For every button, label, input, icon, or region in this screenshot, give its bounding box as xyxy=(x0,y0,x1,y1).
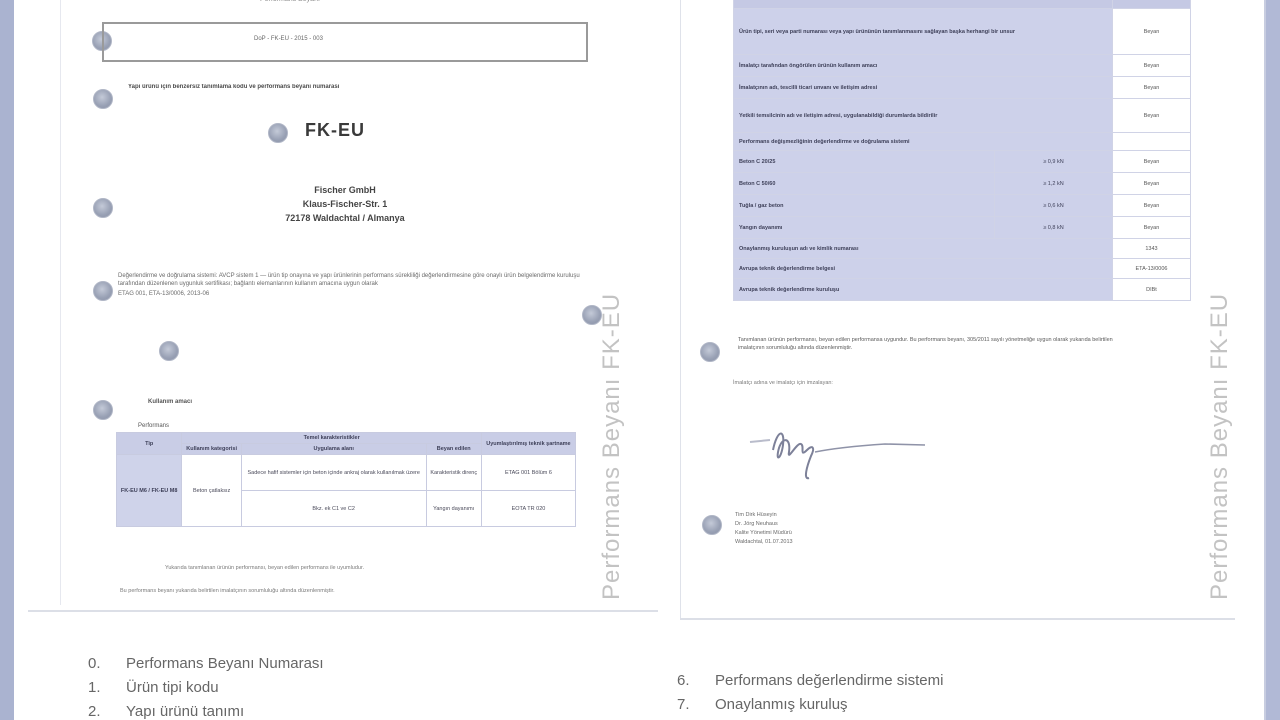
intended-use-line: Yapı ürünü için benzersiz tanımlama kodu… xyxy=(128,84,583,90)
page-fold-line xyxy=(28,610,658,612)
callout-marker-1 xyxy=(93,89,113,109)
table-row: Performans değişmezliğinin değerlendirme… xyxy=(734,133,1191,151)
req-text: Tuğla / gaz beton xyxy=(734,195,995,217)
req-value: ETA-13/0006 xyxy=(1113,259,1191,279)
legend-number: 6. xyxy=(677,669,715,693)
left-edge-strip xyxy=(0,0,14,720)
requirements-header-row xyxy=(734,0,1191,9)
usage-label: Kullanım amacı xyxy=(148,399,192,405)
legend-label: Onaylanmış kuruluş xyxy=(715,693,848,717)
req-value: Beyan xyxy=(1113,195,1191,217)
cell-spec-1: ETAG 001 Bölüm 6 xyxy=(481,455,575,491)
legend-item: 7.Onaylanmış kuruluş xyxy=(677,693,943,717)
note-performance: Yukarıda tanımlanan ürünün performansı, … xyxy=(165,565,575,571)
table-row: Ürün tipi, seri veya parti numarası veya… xyxy=(734,9,1191,55)
col-spec: Uyumlaştırılmış teknik şartname xyxy=(481,433,575,455)
req-text: İmalatçı tarafından öngörülen ürünün kul… xyxy=(734,55,1113,77)
req-text: Beton C 50/60 xyxy=(734,173,995,195)
performance-table: Tip Temel karakteristikler Uyumlaştırılm… xyxy=(116,432,576,527)
legend-label: Performans Beyanı Numarası xyxy=(126,652,324,676)
table-row: Onaylanmış kuruluşun adı ve kimlik numar… xyxy=(734,239,1191,259)
legend-item: 6.Performans değerlendirme sistemi xyxy=(677,669,943,693)
callout-marker-7 xyxy=(93,400,113,420)
req-text: Avrupa teknik değerlendirme kuruluşu xyxy=(734,279,1113,301)
table-row: Yetkili temsilcinin adı ve iletişim adre… xyxy=(734,99,1191,133)
req-value: Beyan xyxy=(1113,173,1191,195)
declaration-text: Tanımlanan ürünün performansı, beyan edi… xyxy=(738,336,1118,352)
req-value: Beyan xyxy=(1113,9,1191,55)
signer-block: Tim Dirk Hüseyin Dr. Jörg Neuhaus Kalite… xyxy=(735,511,793,547)
req-value: Beyan xyxy=(1113,77,1191,99)
cell-spec-2: EOTA TR 020 xyxy=(481,491,575,527)
callout-marker-9 xyxy=(702,515,722,535)
legend-number: 0. xyxy=(88,652,126,676)
signature-image xyxy=(745,420,945,490)
req-value: Beyan xyxy=(1113,151,1191,173)
page-fold-line-right xyxy=(680,618,1235,620)
legend-number: 1. xyxy=(88,676,126,700)
col-declared: Beyan edilen xyxy=(426,444,481,455)
dop-number-box: DoP - FK-EU - 2015 - 003 xyxy=(102,22,588,62)
legend-item: 1.Ürün tipi kodu xyxy=(88,676,324,700)
table-row: Avrupa teknik değerlendirme kuruluşuDIBt xyxy=(734,279,1191,301)
req-value xyxy=(1113,133,1191,151)
legend-label: Ürün tipi kodu xyxy=(126,676,219,700)
req-text: Yetkili temsilcinin adı ve iletişim adre… xyxy=(734,99,1113,133)
req-mid: ≥ 0,8 kN xyxy=(995,217,1113,239)
table-row: Yangın dayanımı≥ 0,8 kNBeyan xyxy=(734,217,1191,239)
table-row: Beton C 50/60≥ 1,2 kNBeyan xyxy=(734,173,1191,195)
signer-line-3: Kalite Yönetimi Müdürü xyxy=(735,529,793,538)
table-row: İmalatçı tarafından öngörülen ürünün kul… xyxy=(734,55,1191,77)
vertical-title-right: Performans Beyanı FK-EU xyxy=(1206,293,1234,600)
cell-application-note: Bkz. ek C1 ve C2 xyxy=(241,491,426,527)
requirements-table: Ürün tipi, seri veya parti numarası veya… xyxy=(733,0,1191,301)
cell-category: Beton çatlaksız xyxy=(182,455,241,527)
note-responsibility: Bu performans beyanı yukarıda belirtilen… xyxy=(120,588,450,594)
req-text: İmalatçının adı, tescilli ticari unvanı … xyxy=(734,77,1113,99)
vertical-title-left: Performans Beyanı FK-EU xyxy=(598,293,626,600)
req-text: Avrupa teknik değerlendirme belgesi xyxy=(734,259,1113,279)
signer-line-4: Waldachtal, 01.07.2013 xyxy=(735,538,793,547)
legend-left: 0.Performans Beyanı Numarası 1.Ürün tipi… xyxy=(88,652,324,720)
req-text: Yangın dayanımı xyxy=(734,217,995,239)
req-text: Beton C 20/25 xyxy=(734,151,995,173)
signer-line-2: Dr. Jörg Neuhaus xyxy=(735,520,793,529)
description-text: Değerlendirme ve doğrulama sistemi: AVCP… xyxy=(118,272,588,288)
req-text: Onaylanmış kuruluşun adı ve kimlik numar… xyxy=(734,239,1113,259)
callout-marker-2 xyxy=(268,123,288,143)
description-subline: ETAG 001, ETA-13/0006, 2013-06 xyxy=(118,290,588,298)
req-value: Beyan xyxy=(1113,55,1191,77)
description-paragraph: Değerlendirme ve doğrulama sistemi: AVCP… xyxy=(118,272,588,298)
legend-right: 6.Performans değerlendirme sistemi 7.Ona… xyxy=(677,669,943,717)
req-value: Beyan xyxy=(1113,99,1191,133)
table-row: FK-EU M6 / FK-EU M8 Beton çatlaksız Sade… xyxy=(117,455,576,491)
manufacturer-city: 72178 Waldachtal / Almanya xyxy=(200,211,490,225)
callout-marker-6 xyxy=(159,341,179,361)
signer-line-1: Tim Dirk Hüseyin xyxy=(735,511,793,520)
right-edge-strip xyxy=(1264,0,1280,720)
cell-declared-1: Karakteristik direnç xyxy=(426,455,481,491)
manufacturer-name: Fischer GmbH xyxy=(200,183,490,197)
table-row: Tuğla / gaz beton≥ 0,6 kNBeyan xyxy=(734,195,1191,217)
legend-number: 2. xyxy=(88,700,126,720)
req-value: 1343 xyxy=(1113,239,1191,259)
manufacturer-street: Klaus-Fischer-Str. 1 xyxy=(200,197,490,211)
legend-label: Performans değerlendirme sistemi xyxy=(715,669,943,693)
callout-marker-3 xyxy=(93,198,113,218)
top-caption: Performans Beyanı xyxy=(260,0,320,3)
cell-type: FK-EU M6 / FK-EU M8 xyxy=(117,455,182,527)
performance-label: Performans xyxy=(138,423,169,429)
req-text: Performans değişmezliğinin değerlendirme… xyxy=(734,133,1113,151)
req-mid: ≥ 0,9 kN xyxy=(995,151,1113,173)
req-value: DIBt xyxy=(1113,279,1191,301)
legend-item: 2.Yapı ürünü tanımı xyxy=(88,700,324,720)
callout-marker-4 xyxy=(93,281,113,301)
col-type: Tip xyxy=(117,433,182,455)
table-row: Beton C 20/25≥ 0,9 kNBeyan xyxy=(734,151,1191,173)
col-application: Uygulama alanı xyxy=(241,444,426,455)
cell-application: Sadece hafif sistemler için beton içinde… xyxy=(241,455,426,491)
group-header: Temel karakteristikler xyxy=(182,433,482,444)
legend-number: 7. xyxy=(677,693,715,717)
legend-label: Yapı ürünü tanımı xyxy=(126,700,244,720)
req-text: Ürün tipi, seri veya parti numarası veya… xyxy=(734,9,1113,55)
dop-number: DoP - FK-EU - 2015 - 003 xyxy=(254,36,323,42)
product-heading: FK-EU xyxy=(305,120,365,141)
req-value: Beyan xyxy=(1113,217,1191,239)
manufacturer-block: Fischer GmbH Klaus-Fischer-Str. 1 72178 … xyxy=(200,183,490,225)
cell-declared-2: Yangın dayanımı xyxy=(426,491,481,527)
req-mid: ≥ 1,2 kN xyxy=(995,173,1113,195)
table-row: Avrupa teknik değerlendirme belgesiETA-1… xyxy=(734,259,1191,279)
req-mid: ≥ 0,6 kN xyxy=(995,195,1113,217)
table-row: İmalatçının adı, tescilli ticari unvanı … xyxy=(734,77,1191,99)
signed-for-label: İmalatçı adına ve imalatçı için imzalaya… xyxy=(733,380,833,386)
col-category: Kullanım kategorisi xyxy=(182,444,241,455)
callout-marker-8 xyxy=(700,342,720,362)
legend-item: 0.Performans Beyanı Numarası xyxy=(88,652,324,676)
